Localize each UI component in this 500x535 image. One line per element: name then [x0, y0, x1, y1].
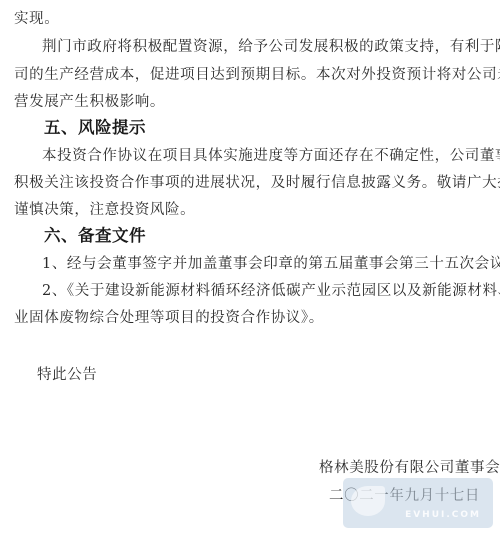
document-item-1: 1、经与会董事签字并加盖董事会印章的第五届董事会第三十五次会议决议。	[42, 255, 500, 273]
section-heading-risk: 五、风险提示	[44, 118, 146, 138]
paragraph-line: 营发展产生积极影响。	[14, 93, 165, 111]
signature-company: 格林美股份有限公司董事会	[319, 459, 500, 477]
paragraph-line: 荆门市政府将积极配置资源，给予公司发展积极的政策支持，有利于降低公	[42, 38, 500, 56]
document-item-2-cont: 业固体废物综合处理等项目的投资合作协议》。	[14, 309, 324, 327]
paragraph-line: 积极关注该投资合作事项的进展状况，及时履行信息披露义务。敬请广大投资者	[14, 174, 500, 192]
watermark-text: EVHUI.COM	[405, 510, 481, 520]
watermark: EVHUI.COM	[343, 478, 493, 528]
section-heading-documents: 六、备查文件	[44, 226, 146, 246]
closing-text: 特此公告	[37, 366, 97, 384]
document-item-2: 2、《关于建设新能源材料循环经济低碳产业示范园区以及新能源材料、工	[42, 282, 500, 300]
continuation-text: 实现。	[14, 10, 59, 28]
paragraph-line: 谨慎决策，注意投资风险。	[14, 201, 195, 219]
document-page: 实现。 荆门市政府将积极配置资源，给予公司发展积极的政策支持，有利于降低公 司的…	[0, 0, 500, 535]
paragraph-line: 本投资合作协议在项目具体实施进度等方面还存在不确定性，公司董事会将	[42, 147, 500, 165]
paragraph-line: 司的生产经营成本，促进项目达到预期目标。本次对外投资预计将对公司未来经	[14, 66, 500, 84]
watermark-logo-icon	[351, 486, 385, 516]
